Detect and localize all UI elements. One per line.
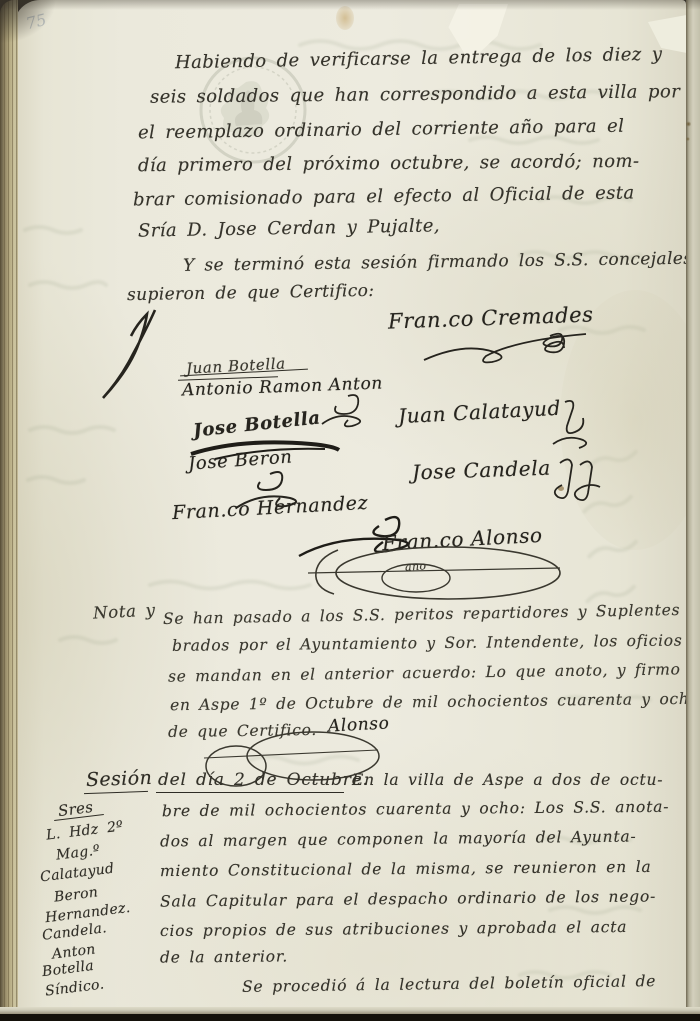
manuscript-line: de la anterior.: [160, 947, 288, 966]
rubric-anton: [318, 392, 378, 432]
manuscript-line: En la villa de Aspe a dos de octu-: [352, 771, 663, 789]
top-shadow: [0, 0, 700, 10]
session-heading: Sesión: [86, 767, 153, 791]
page-stack-edge: [0, 1007, 700, 1014]
nota-label: Nota y: [93, 600, 157, 622]
manuscript-scan: 75 Habiendo de verificarse la entrega de…: [0, 0, 700, 1021]
book-binding-edge: [0, 0, 18, 1014]
corner-shadow: [0, 0, 90, 70]
rubric-cremades: [420, 330, 590, 370]
rubric-candela: [542, 455, 602, 505]
signature-candela: Jose Candela: [412, 456, 552, 485]
ink-flourish: [95, 306, 165, 402]
manuscript-line: día primero del próximo octubre, se acor…: [138, 151, 640, 176]
rubric-alonso: [298, 540, 568, 606]
scan-background: [0, 1014, 700, 1021]
edge-damage: [685, 118, 692, 148]
rubric-calatayud: [545, 398, 600, 450]
page-stack-edge: [686, 0, 700, 1014]
rubric-inner-text: ano: [405, 559, 427, 573]
session-heading-date: del día 2 de Octubre.: [158, 770, 369, 790]
heading-underline: [156, 792, 344, 793]
